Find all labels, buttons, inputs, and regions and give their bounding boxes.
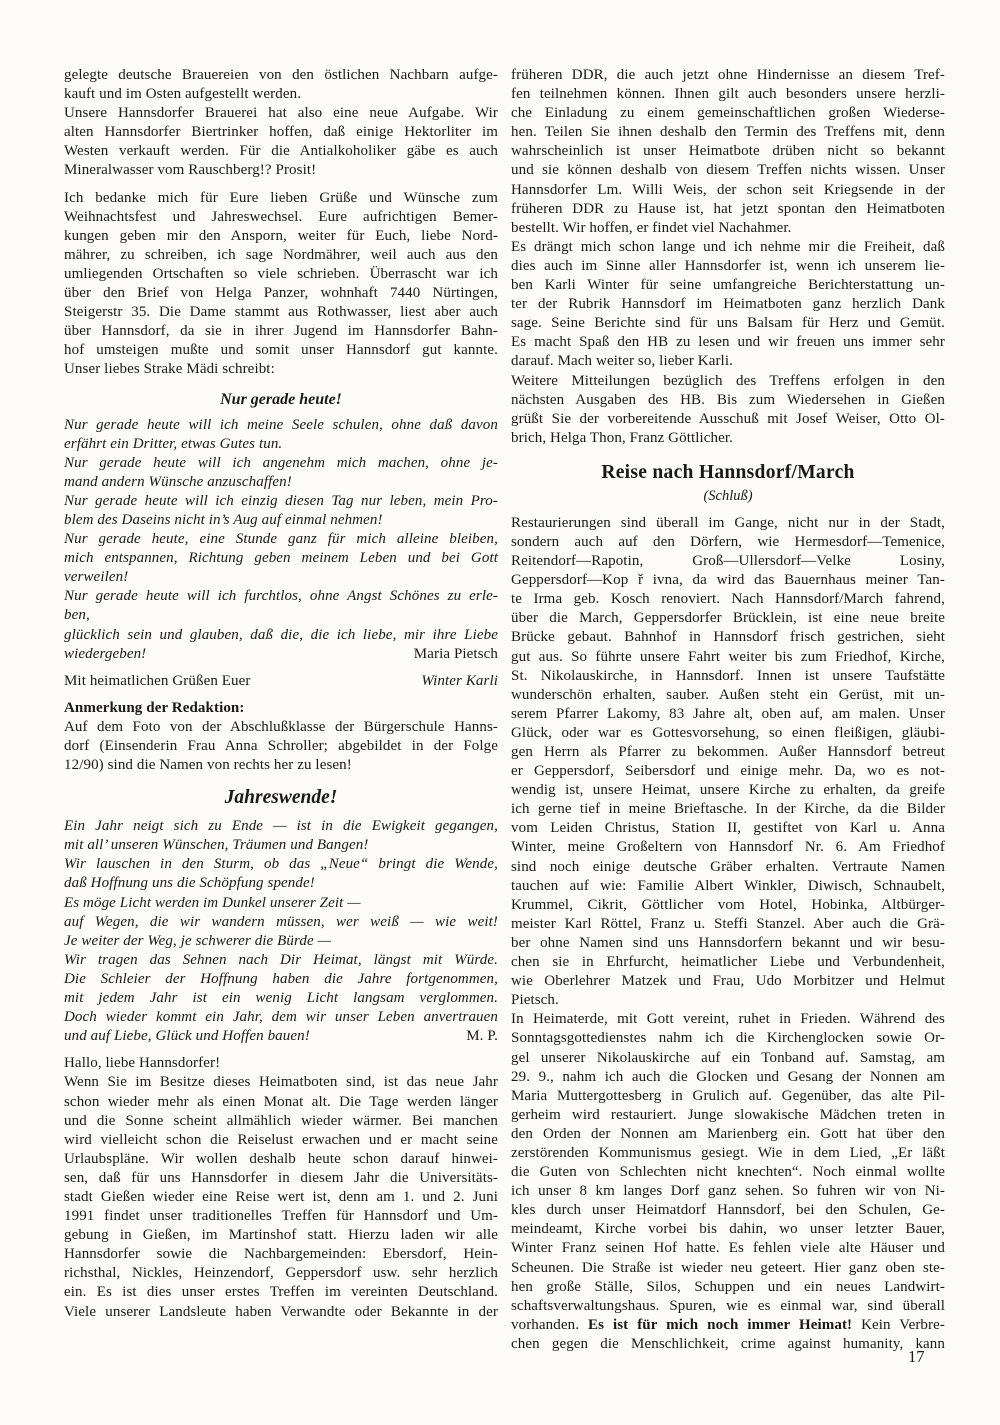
text-segment: vorhanden. bbox=[511, 1317, 588, 1333]
text-line: 29. 9., nahm ich auch die Glocken und Ge… bbox=[511, 1068, 945, 1087]
text-line: sage. Seine Berichte sind für uns Balsam… bbox=[511, 314, 945, 333]
text-line: wiedergeben!Maria Pietsch bbox=[64, 645, 498, 664]
attribution: Winter Karli bbox=[421, 672, 498, 691]
text-line: über den Brief von Helga Panzer, wohnhaf… bbox=[64, 284, 498, 303]
paragraph: Ich bedanke mich für Eure lieben Grüße u… bbox=[64, 189, 498, 380]
text-line: glücklich sein und glauben, daß die, die… bbox=[64, 626, 498, 645]
text-line: den Orden der Nonnen am Marienberg ein. … bbox=[511, 1125, 945, 1144]
text-columns: gelegte deutsche Brauereien von den östl… bbox=[64, 66, 945, 1354]
text-line: tauchen auf wie: Familie Albert Winkler,… bbox=[511, 877, 945, 896]
text-line: meindeamt, Kirche vorbei bis dahin, wo u… bbox=[511, 1220, 945, 1239]
text-line: kauft und im Osten aufgestellt werden. bbox=[64, 85, 498, 104]
text-line: über Hannsdorf, da sie in ihrer Jugend i… bbox=[64, 322, 498, 341]
poem-title-nur-gerade-heute: Nur gerade heute! bbox=[64, 390, 498, 409]
text-line: te Irma geb. Kosch renoviert. Nach Hanns… bbox=[511, 590, 945, 609]
text-line: über die March, Geppersdorfer Brücklein,… bbox=[511, 609, 945, 628]
text-line: ich unser 8 km langes Dorf ganz sehen. S… bbox=[511, 1182, 945, 1201]
paragraph: Weitere Mitteilungen bezüglich des Treff… bbox=[511, 372, 945, 448]
text-line: Urlaubspläne. Wir wollen deshalb heute s… bbox=[64, 1150, 498, 1169]
text-line: früheren DDR, die auch jetzt ohne Hinder… bbox=[511, 66, 945, 85]
text-line: ich gerne tief in meine Brieftasche. In … bbox=[511, 800, 945, 819]
text-line: schon wieder mehr als einen Monat alt. D… bbox=[64, 1093, 498, 1112]
text-line: wendig ist, unsere Heimat, unsere Kirche… bbox=[511, 781, 945, 800]
paragraph: Restaurierungen sind überall im Gange, n… bbox=[511, 514, 945, 1010]
text-line: Je weiter der Weg, je schwerer die Bürde… bbox=[64, 932, 498, 951]
text-line: gelegte deutsche Brauereien von den östl… bbox=[64, 66, 498, 85]
text-line: che Einladung zu einem gemeinschaftliche… bbox=[511, 104, 945, 123]
text-line: die Guten von Schlechten nicht knechten“… bbox=[511, 1163, 945, 1182]
text-line: gebung in Gießen, im Martinshof statt. H… bbox=[64, 1226, 498, 1245]
text-line: ber ohne Namen sind uns Hannsdorfern bek… bbox=[511, 934, 945, 953]
text-line: kungen geben mir den Ansporn, weiter für… bbox=[64, 227, 498, 246]
text-line: früheren DDR zu Hause ist, hat jetzt spo… bbox=[511, 200, 945, 219]
bold-text: Es ist für mich noch immer Heimat! bbox=[588, 1317, 852, 1333]
text-line: Winter Franz seinen Hof hatte. Es fehlen… bbox=[511, 1239, 945, 1258]
paragraph: Es drängt mich schon lange und ich nehme… bbox=[511, 238, 945, 372]
paragraph: In Heimaterde, mit Gott vereint, ruhet i… bbox=[511, 1010, 945, 1354]
text-line: erfährt ein Dritter, etwas Gutes tun. bbox=[64, 435, 498, 454]
right-column: früheren DDR, die auch jetzt ohne Hinder… bbox=[511, 66, 945, 1354]
text-line: alten Hannsdorfer Biertrinker hoffen, da… bbox=[64, 123, 498, 142]
text-line: Hannsdorfer Lm. Willi Weis, der schon se… bbox=[511, 181, 945, 200]
text-line: stadt Gießen wieder eine Reise wert ist,… bbox=[64, 1188, 498, 1207]
text-line: zerstörenden Kommunismus gesiegt. Wie in… bbox=[511, 1144, 945, 1163]
text-line: Glück, oder war es Gottesvorsehung, so e… bbox=[511, 724, 945, 743]
text-line: gel unserer Nikolauskirche auf ein Tonba… bbox=[511, 1049, 945, 1068]
text-line: Es macht Spaß den HB zu lesen und wir fr… bbox=[511, 333, 945, 352]
text-line: brich, Helga Thon, Franz Göttlicher. bbox=[511, 429, 945, 448]
text-line: sen, daß für uns Hannsdorfer in diesem J… bbox=[64, 1169, 498, 1188]
text-line: mährer, zu schreiben, ich sage Nordmähre… bbox=[64, 246, 498, 265]
text-line: Krummel, Cikrit, Göttlicher vom Hotel, H… bbox=[511, 896, 945, 915]
text-line: wunderschön erhalten, sauber. Außen steh… bbox=[511, 686, 945, 705]
text-line: ter der Rubrik Hannsdorf im Heimatboten … bbox=[511, 295, 945, 314]
text-line: St. Nikolauskirche, in Hannsdorf. Innen … bbox=[511, 667, 945, 686]
attribution: M. P. bbox=[466, 1027, 498, 1046]
text-line: Unser liebes Strake Mädi schreibt: bbox=[64, 360, 498, 379]
text-line: wird vielleicht schon die Reiselust erwa… bbox=[64, 1131, 498, 1150]
text-line: Westen verkauft werden. Für die Antialko… bbox=[64, 142, 498, 161]
text-line: und sie können deshalb von diesem Treffe… bbox=[511, 161, 945, 180]
text-line: und auf Liebe, Glück und Hoffen bauen!M.… bbox=[64, 1027, 498, 1046]
text-line: Ich bedanke mich für Eure lieben Grüße u… bbox=[64, 189, 498, 208]
text-line: gerheim wird restauriert. Junge slowakis… bbox=[511, 1106, 945, 1125]
paragraph: Anmerkung der Redaktion:Auf dem Foto von… bbox=[64, 699, 498, 775]
text-line: Hallo, liebe Hannsdorfer! bbox=[64, 1054, 498, 1073]
text-line: schaftsverwaltungshaus. Spuren, wie es e… bbox=[511, 1297, 945, 1316]
text-line: wie Oberlehrer Matzek und Frau, Udo Morb… bbox=[511, 972, 945, 991]
text-line: und die Sonne scheint allmählich wieder … bbox=[64, 1112, 498, 1131]
text-line: Es möge Licht werden im Dunkel unserer Z… bbox=[64, 894, 498, 913]
text-line: Nur gerade heute will ich angenehm mich … bbox=[64, 454, 498, 473]
text-line: In Heimaterde, mit Gott vereint, ruhet i… bbox=[511, 1010, 945, 1029]
text-line: Weitere Mitteilungen bezüglich des Treff… bbox=[511, 372, 945, 391]
text-line: mand andern Wünsche anzuschaffen! bbox=[64, 473, 498, 492]
article-subtitle-schluss: (Schluß) bbox=[511, 487, 945, 505]
text-line: Ein Jahr neigt sich zu Ende — ist in die… bbox=[64, 817, 498, 836]
text-line: Wenn Sie im Besitze dieses Heimatboten s… bbox=[64, 1073, 498, 1092]
text-line: Nur gerade heute will ich meine Seele sc… bbox=[64, 416, 498, 435]
text-line: Sonntagsgottedienstes nahm ich die Kirch… bbox=[511, 1029, 945, 1048]
document-page: gelegte deutsche Brauereien von den östl… bbox=[0, 0, 1000, 1425]
text-line: Brücke gebaut. Bahnhof in Hannsdorf fris… bbox=[511, 628, 945, 647]
text-line: Wir lauschen in den Sturm, ob das „Neue“… bbox=[64, 855, 498, 874]
text-line: 1991 findet unser traditionelles Treffen… bbox=[64, 1207, 498, 1226]
paragraph: Hallo, liebe Hannsdorfer!Wenn Sie im Bes… bbox=[64, 1054, 498, 1321]
text-line: 12/90) sind die Namen von rechts her zu … bbox=[64, 756, 498, 775]
text-line: meister Karl Röttel, Franz u. Steffi Sta… bbox=[511, 915, 945, 934]
text-line: richsthal, Nickles, Heinzendorf, Geppers… bbox=[64, 1264, 498, 1283]
text-line: fen teilnehmen können. Ihnen gilt auch b… bbox=[511, 85, 945, 104]
text-line: mich entspannen, Richtung geben meinem L… bbox=[64, 549, 498, 568]
line-left-text: und auf Liebe, Glück und Hoffen bauen! bbox=[64, 1027, 310, 1046]
paragraph: Nur gerade heute will ich meine Seele sc… bbox=[64, 416, 498, 664]
text-line: er Geppersdorf, Seibersdorf und einige m… bbox=[511, 762, 945, 781]
text-line: ben Karli Winter für seine umfangreiche … bbox=[511, 276, 945, 295]
text-line: Hannsdorfer sowie die Nachbargemeinden: … bbox=[64, 1245, 498, 1264]
paragraph: Ein Jahr neigt sich zu Ende — ist in die… bbox=[64, 817, 498, 1046]
text-line: chen sie in Ehrfurcht, heimatlicher Lieb… bbox=[511, 953, 945, 972]
left-column: gelegte deutsche Brauereien von den östl… bbox=[64, 66, 498, 1354]
text-line: Nur gerade heute will ich einzig diesen … bbox=[64, 492, 498, 511]
text-line: Weihnachtsfest und Jahreswechsel. Eure a… bbox=[64, 208, 498, 227]
text-line: Wir tragen das Sehnen nach Dir Heimat, l… bbox=[64, 951, 498, 970]
text-line: Steigerstr 35. Die Dame stammt aus Rothw… bbox=[64, 303, 498, 322]
text-line: daß Hoffnung uns die Schöpfung spende! bbox=[64, 874, 498, 893]
text-line: grüßt Sie der vorbereitende Ausschuß mit… bbox=[511, 410, 945, 429]
text-line: Unsere Hannsdorfer Brauerei hat also ein… bbox=[64, 104, 498, 123]
text-line: chen gegen die Menschlichkeit, crime aga… bbox=[511, 1335, 945, 1354]
text-line: hof umsteigen mußte und somit unser Hann… bbox=[64, 341, 498, 360]
text-line: auf Wegen, die wir wandern müssen, wer w… bbox=[64, 913, 498, 932]
paragraph: Mit heimatlichen Grüßen EuerWinter Karli bbox=[64, 672, 498, 691]
text-line: blem des Daseins nicht in’s Aug auf einm… bbox=[64, 511, 498, 530]
text-line: bestellt. Wir hoffen, er findet viel Nac… bbox=[511, 219, 945, 238]
text-line: Pietsch. bbox=[511, 991, 945, 1010]
text-line: Doch wieder kommt ein Jahr, dem wir unse… bbox=[64, 1008, 498, 1027]
poem-title-jahreswende: Jahreswende! bbox=[64, 787, 498, 809]
text-line: mit jedem Jahr ist ein wenig Licht langs… bbox=[64, 989, 498, 1008]
text-line: Mineralwasser vom Rauschberg!? Prosit! bbox=[64, 161, 498, 180]
text-line: Nur gerade heute will ich furchtlos, ohn… bbox=[64, 587, 498, 606]
text-line: gut aus. So führte unsere Fahrt weiter b… bbox=[511, 648, 945, 667]
paragraph: Unsere Hannsdorfer Brauerei hat also ein… bbox=[64, 104, 498, 180]
text-line: Winter, meine Großeltern von Hannsdorf N… bbox=[511, 838, 945, 857]
text-line: hen. Teilen Sie ihnen deshalb den Termin… bbox=[511, 123, 945, 142]
text-line: dies auch im Sinne aller Hannsdorfer ist… bbox=[511, 257, 945, 276]
text-line: vorhanden. Es ist für mich noch immer He… bbox=[511, 1316, 945, 1335]
text-line: Anmerkung der Redaktion: bbox=[64, 699, 498, 718]
text-line: ein. Es ist dies unser erstes Treffen im… bbox=[64, 1283, 498, 1302]
text-line: vom Leiden Christus, Station II, gestift… bbox=[511, 819, 945, 838]
text-line: umliegenden Ortschaften so viele schrieb… bbox=[64, 265, 498, 284]
text-line: Die Schleier der Hoffnung haben die Jahr… bbox=[64, 970, 498, 989]
text-line: Reitendorf—Rapotin, Groß—Ullersdorf—Velk… bbox=[511, 552, 945, 571]
text-line: gen Herrn als Pfarrer zu bekommen. Außer… bbox=[511, 743, 945, 762]
text-line: Mit heimatlichen Grüßen EuerWinter Karli bbox=[64, 672, 498, 691]
article-title-reise-nach-hannsdorf: Reise nach Hannsdorf/March bbox=[511, 461, 945, 484]
page-number: 17 bbox=[908, 1347, 925, 1367]
text-line: Viele unserer Landsleute haben Verwandte… bbox=[64, 1303, 498, 1322]
line-left-text: wiedergeben! bbox=[64, 645, 146, 664]
text-line: Es drängt mich schon lange und ich nehme… bbox=[511, 238, 945, 257]
text-line: kles durch unser Heimatdorf Hannsdorf, b… bbox=[511, 1201, 945, 1220]
line-left-text: Mit heimatlichen Grüßen Euer bbox=[64, 672, 251, 691]
text-line: Maria Muttergottesberg in Grulich auf. G… bbox=[511, 1087, 945, 1106]
text-line: mit all’ unseren Wünschen, Träumen und B… bbox=[64, 836, 498, 855]
text-line: Geppersdorf—Kop ř ivna, da wird das Baue… bbox=[511, 571, 945, 590]
text-line: Scheunen. Die Straße ist wieder neu gete… bbox=[511, 1259, 945, 1278]
paragraph: früheren DDR, die auch jetzt ohne Hinder… bbox=[511, 66, 945, 238]
text-line: ben, bbox=[64, 606, 498, 625]
text-line: sondern auch auf den Dörfern, wie Hermes… bbox=[511, 533, 945, 552]
text-segment: Kein Verbre- bbox=[852, 1317, 945, 1333]
text-line: serem Pfarrer Lakomy, 83 Jahre alt, oben… bbox=[511, 705, 945, 724]
text-line: wahrscheinlich ist unser Heimatbote drüb… bbox=[511, 142, 945, 161]
text-line: verweilen! bbox=[64, 568, 498, 587]
text-line: darauf. Mach weiter so, lieber Karli. bbox=[511, 352, 945, 371]
text-line: hen große Ställe, Silos, Schuppen und ei… bbox=[511, 1278, 945, 1297]
text-line: Auf dem Foto von der Abschlußklasse der … bbox=[64, 718, 498, 737]
text-line: Nur gerade heute, eine Stunde ganz für m… bbox=[64, 530, 498, 549]
text-line: Restaurierungen sind überall im Gange, n… bbox=[511, 514, 945, 533]
text-line: dorf (Einsenderin Frau Anna Schroller; a… bbox=[64, 737, 498, 756]
paragraph: gelegte deutsche Brauereien von den östl… bbox=[64, 66, 498, 104]
text-line: nächsten Ausgaben des HB. Bis zum Wieder… bbox=[511, 391, 945, 410]
attribution: Maria Pietsch bbox=[414, 645, 498, 664]
text-line: sind noch einige deutsche Gräber erhalte… bbox=[511, 858, 945, 877]
